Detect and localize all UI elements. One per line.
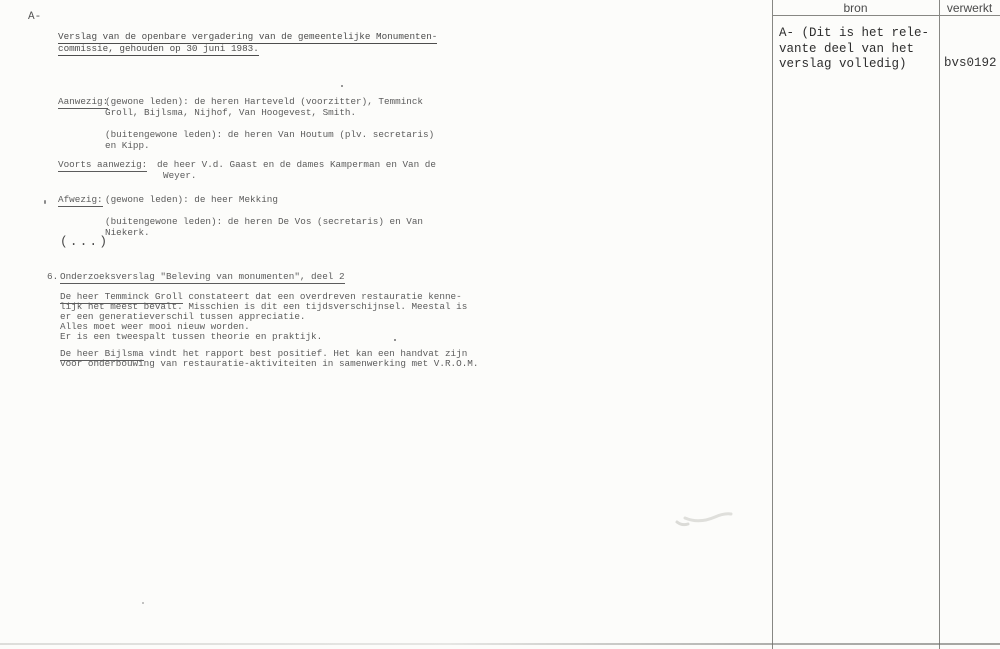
aanwezig-line2: Groll, Bijlsma, Nijhof, Van Hoogevest, S… (105, 107, 356, 118)
voorts-aanwezig-line1: de heer V.d. Gaast en de dames Kamperman… (157, 159, 436, 170)
paper-speck (142, 602, 144, 604)
table-bottom-rule (0, 643, 1000, 645)
section6-heading: Onderzoeksverslag "Beleving van monument… (60, 271, 345, 282)
afwezig-label-text: Afwezig: (58, 194, 103, 207)
aanwezig-line3: (buitengewone leden): de heren Van Houtu… (105, 129, 434, 140)
afwezig-line3: Niekerk. (105, 227, 150, 238)
section6-para1-line5: Er is een tweespalt tussen theorie en pr… (60, 331, 322, 342)
document-title-line2-text: commissie, gehouden op 30 juni 1983. (58, 43, 259, 56)
bron-note-line2: vante deel van het (779, 42, 929, 58)
scanned-document-page: A- Verslag van de openbare vergadering v… (0, 0, 1000, 649)
section6-number: 6. (47, 271, 58, 282)
bron-note-line1: A- (Dit is het rele- (779, 26, 929, 42)
paper-speck (341, 85, 343, 87)
afwezig-label: Afwezig: (58, 194, 103, 205)
voorts-aanwezig-label: Voorts aanwezig: (58, 159, 147, 170)
document-title-line1: Verslag van de openbare vergadering van … (58, 31, 437, 42)
bron-note-line3: verslag volledig) (779, 57, 929, 73)
section6-heading-text: Onderzoeksverslag "Beleving van monument… (60, 271, 345, 284)
document-title-line2: commissie, gehouden op 30 juni 1983. (58, 43, 259, 54)
bron-column-header: bron (772, 1, 939, 15)
voorts-aanwezig-line2: Weyer. (163, 170, 196, 181)
paper-speck (394, 339, 396, 341)
voorts-aanwezig-label-text: Voorts aanwezig: (58, 159, 147, 172)
table-left-divider (772, 0, 773, 649)
aanwezig-line4: en Kipp. (105, 140, 150, 151)
afwezig-line1: (gewone leden): de heer Mekking (105, 194, 278, 205)
section6-para2-line2: voor onderbouwing van restauratie-aktivi… (60, 358, 478, 369)
bron-note: A- (Dit is het rele-vante deel van hetve… (779, 26, 929, 73)
omission-ellipsis: (...) (60, 236, 109, 247)
table-column-divider (939, 0, 940, 649)
verwerkt-column-header: verwerkt (939, 1, 1000, 15)
afwezig-line2: (buitengewone leden): de heren De Vos (s… (105, 216, 423, 227)
pencil-squiggle (655, 496, 755, 540)
aanwezig-line1: (gewone leden): de heren Harteveld (voor… (105, 96, 423, 107)
verwerkt-code: bvs0192 (944, 56, 997, 70)
table-header-rule (772, 15, 1000, 16)
paper-speck (44, 200, 46, 204)
aanwezig-label: Aanwezig: (58, 96, 108, 107)
margin-marker: A- (28, 12, 41, 23)
aanwezig-label-text: Aanwezig: (58, 96, 108, 109)
